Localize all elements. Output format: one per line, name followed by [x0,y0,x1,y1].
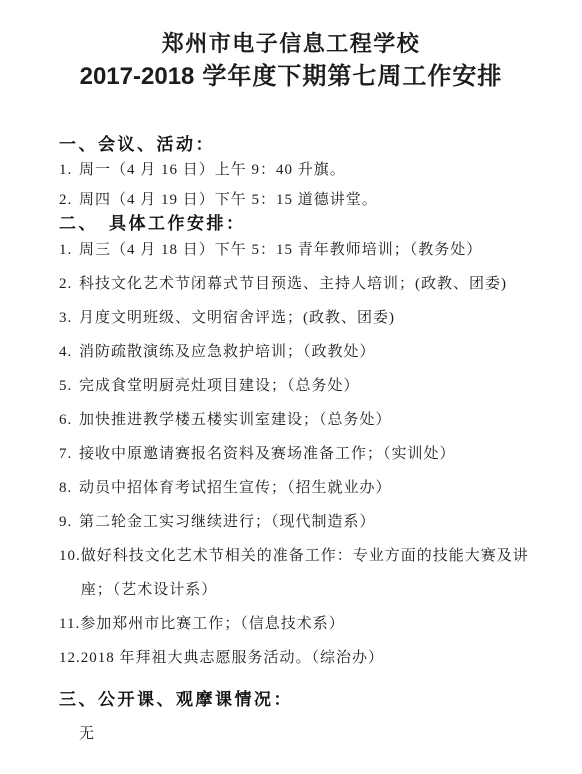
subtitle-year-range: 2017-2018 [80,63,195,90]
document-page: 郑州市电子信息工程学校 2017-2018学年度下期第七周工作安排 一、会议、活… [0,0,582,774]
item-text-line: 做好科技文化艺术节相关的准备工作：专业方面的技能大赛及讲 [81,539,582,573]
item-text: 第二轮金工实习继续进行；（现代制造系） [79,505,582,539]
item-text: 周三（4 月 18 日）下午 5：15 青年教师培训；（教务处） [79,233,582,267]
item-number: 1. [59,155,79,185]
schedule-item: 10. 做好科技文化艺术节相关的准备工作：专业方面的技能大赛及讲 座；（艺术设计… [59,539,582,607]
document-subtitle: 2017-2018学年度下期第七周工作安排 [0,62,582,92]
schedule-item: 3. 月度文明班级、文明宿舍评选；(政教、团委) [59,301,582,335]
schedule-item: 7. 接收中原邀请赛报名资料及赛场准备工作；（实训处） [59,437,582,471]
item-number: 5. [59,369,79,403]
item-text: 动员中招体育考试招生宣传；（招生就业办） [79,471,582,505]
item-number: 7. [59,437,79,471]
item-number: 6. [59,403,79,437]
schedule-item: 6. 加快推进教学楼五楼实训室建设；（总务处） [59,403,582,437]
item-text-line: 座；（艺术设计系） [81,573,582,607]
section3-heading: 三、公开课、观摩课情况： [59,689,582,711]
schedule-item: 2. 周四（4 月 19 日）下午 5：15 道德讲堂。 [59,185,582,215]
item-text: 接收中原邀请赛报名资料及赛场准备工作；（实训处） [79,437,582,471]
item-text: 月度文明班级、文明宿舍评选；(政教、团委) [79,301,582,335]
section2-heading-label: 具体工作安排： [109,214,246,233]
subtitle-text: 学年度下期第七周工作安排 [202,64,502,90]
section3-content: 无 [79,719,582,749]
schedule-item: 4. 消防疏散演练及应急救护培训；（政教处） [59,335,582,369]
item-number: 1. [59,233,79,267]
item-number: 10. [59,539,81,607]
item-text: 周四（4 月 19 日）下午 5：15 道德讲堂。 [79,185,582,215]
item-number: 4. [59,335,79,369]
item-number: 2. [59,267,79,301]
schedule-item: 1. 周三（4 月 18 日）下午 5：15 青年教师培训；（教务处） [59,233,582,267]
item-text: 科技文化艺术节闭幕式节目预选、主持人培训；(政教、团委) [79,267,582,301]
item-number: 2. [59,185,79,215]
section2-heading: 二、具体工作安排： [59,215,582,233]
schedule-item: 8. 动员中招体育考试招生宣传；（招生就业办） [59,471,582,505]
item-number: 12. [59,641,81,675]
item-text: 周一（4 月 16 日）上午 9：40 升旗。 [79,155,582,185]
schedule-item: 2. 科技文化艺术节闭幕式节目预选、主持人培训；(政教、团委) [59,267,582,301]
schedule-item: 9. 第二轮金工实习继续进行；（现代制造系） [59,505,582,539]
schedule-item: 12. 2018 年拜祖大典志愿服务活动。（综治办） [59,641,582,675]
item-text: 做好科技文化艺术节相关的准备工作：专业方面的技能大赛及讲 座；（艺术设计系） [81,539,582,607]
schedule-item: 11. 参加郑州市比赛工作；（信息技术系） [59,607,582,641]
item-text: 完成食堂明厨亮灶项目建设；（总务处） [79,369,582,403]
item-number: 3. [59,301,79,335]
item-text: 2018 年拜祖大典志愿服务活动。（综治办） [81,641,582,675]
schedule-item: 5. 完成食堂明厨亮灶项目建设；（总务处） [59,369,582,403]
item-number: 11. [59,607,80,641]
item-number: 9. [59,505,79,539]
school-name-title: 郑州市电子信息工程学校 [0,31,582,57]
schedule-item: 1. 周一（4 月 16 日）上午 9：40 升旗。 [59,155,582,185]
item-text: 加快推进教学楼五楼实训室建设；（总务处） [79,403,582,437]
item-text: 参加郑州市比赛工作；（信息技术系） [80,607,582,641]
section2-heading-number: 二、 [59,214,98,233]
item-text: 消防疏散演练及应急救护培训；（政教处） [79,335,582,369]
section1-heading: 一、会议、活动： [59,135,582,155]
item-number: 8. [59,471,79,505]
